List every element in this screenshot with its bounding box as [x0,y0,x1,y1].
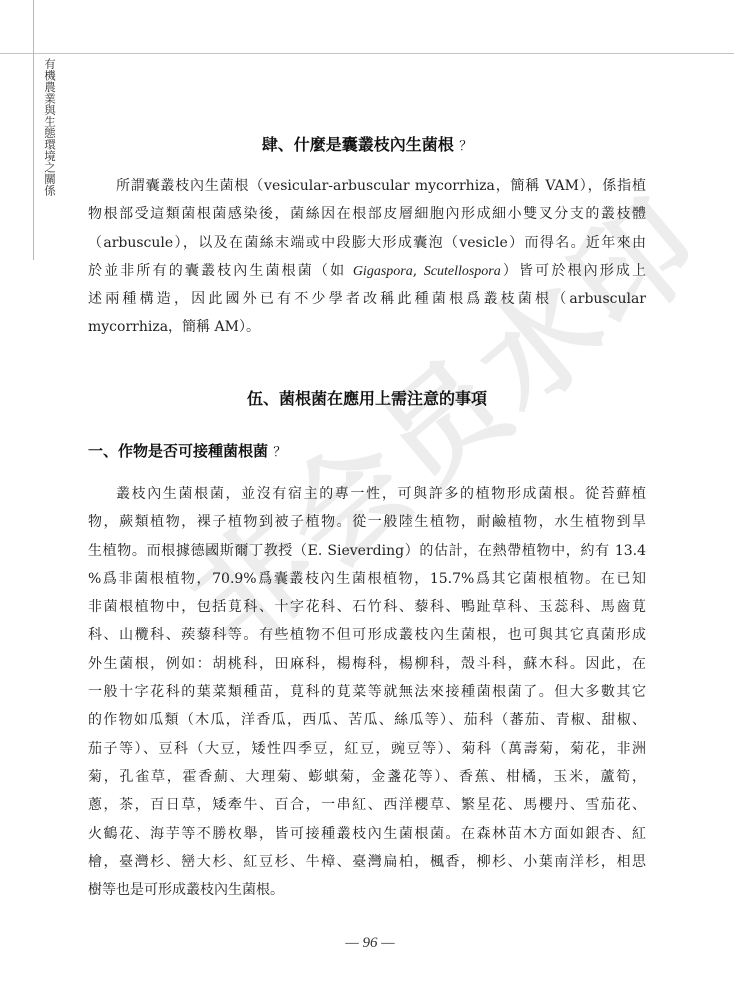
paragraph-line: 叢枝內生菌根菌，並沒有宿主的專一性，可與許多的植物形成菌根。從苔蘚植 [88,480,646,508]
paragraph-line: 檜，臺灣杉、巒大杉、紅豆杉、牛樟、臺灣扁柏，楓香，柳杉、小葉南洋杉，相思 [88,848,646,876]
paragraph-line: 述兩種構造，因此國外已有不少學者改稱此種菌根爲叢枝菌根（arbuscular [88,285,646,313]
header-rule [0,53,734,54]
subsection-1-paragraph: 叢枝內生菌根菌，並沒有宿主的專一性，可與許多的植物形成菌根。從苔蘚植 物，蕨類植… [88,480,646,904]
subsection-1-heading: 一、作物是否可接種菌根菌 ？ [88,440,646,461]
paragraph-line: %爲非菌根植物，70.9%爲囊叢枝內生菌根植物，15.7%爲其它菌根植物。在已知 [88,565,646,593]
paragraph-line: 一般十字花科的葉菜類種苗，莧科的莧菜等就無法來接種菌根菌了。但大多數其它 [88,678,646,706]
genus-name: Scutellospora [424,264,501,279]
paragraph-line: 茄子等）、豆科（大豆，矮性四季豆，紅豆，豌豆等）、菊科（萬壽菊，菊花，非洲 [88,735,646,763]
paragraph-line: 外生菌根，例如：胡桃科，田麻科，楊梅科，楊柳科，殼斗科，蘇木科。因此，在 [88,650,646,678]
running-book-title: 有機農業與生態環境之關係 [43,58,57,196]
paragraph-line: 科、山欖科、蒺藜科等。有些植物不但可形成叢枝內生菌根，也可與其它真菌形成 [88,621,646,649]
paragraph-line: 所謂囊叢枝內生菌根（vesicular-arbuscular mycorrhiz… [88,172,646,200]
paragraph-line: 蔥，茶，百日草，矮牽牛、百合，一串紅、西洋櫻草、繁星花、馬櫻丹、雪茄花、 [88,791,646,819]
paragraph-line: 非菌根植物中，包括莧科、十字花科、石竹科、藜科、鴨趾草科、玉蕊科、馬齒莧 [88,593,646,621]
section-5-heading: 伍、菌根菌在應用上需注意的事項 [88,386,646,409]
paragraph-line: 菊，孔雀草，霍香薊、大理菊、蟛蜞菊，金盞花等）、香蕉、柑橘，玉米，蘆筍， [88,763,646,791]
line-segment: ）皆可於根內形成上 [501,263,646,279]
subsection-1-heading-text: 一、作物是否可接種菌根菌 [88,442,268,460]
genus-separator: , [413,263,424,279]
subsection-1-heading-question-mark: ？ [273,445,286,460]
paragraph-line: 物，蕨類植物，裸子植物到被子植物。從一般陸生植物，耐鹼植物，水生植物到旱 [88,508,646,536]
genus-name: Gigaspora [353,264,413,279]
paragraph-line: 生植物。而根據德國斯爾丁教授（E. Sieverding）的估計，在熱帶植物中，… [88,537,646,565]
page-number: — 96 — [300,935,440,952]
section-4-paragraph: 所謂囊叢枝內生菌根（vesicular-arbuscular mycorrhiz… [88,172,646,342]
section-4-heading: 肆、什麼是囊叢枝內生菌根 ？ [88,132,646,155]
paragraph-line: （arbuscule），以及在菌絲末端或中段膨大形成囊泡（vesicle）而得名… [88,229,646,257]
paragraph-line: 的作物如瓜類（木瓜，洋香瓜，西瓜、苦瓜、絲瓜等）、茄科（蕃茄、青椒、甜椒、 [88,706,646,734]
paragraph-line: 於並非所有的囊叢枝內生菌根菌（如 Gigaspora, Scutellospor… [88,257,646,285]
margin-rule [33,0,34,260]
paragraph-line: mycorrhiza，簡稱 AM）。 [88,313,646,341]
line-segment: 於並非所有的囊叢枝內生菌根菌（如 [88,263,353,279]
paragraph-line: 物根部受這類菌根菌感染後，菌絲因在根部皮層細胞內形成細小雙叉分支的叢枝體 [88,200,646,228]
paragraph-line: 樹等也是可形成叢枝內生菌根。 [88,876,646,904]
section-4-heading-text: 肆、什麼是囊叢枝內生菌根 [262,135,454,154]
paragraph-line: 火鶴花、海芋等不勝枚舉，皆可接種叢枝內生菌根菌。在森林苗木方面如銀杏、紅 [88,820,646,848]
section-4-heading-question-mark: ？ [459,139,472,154]
